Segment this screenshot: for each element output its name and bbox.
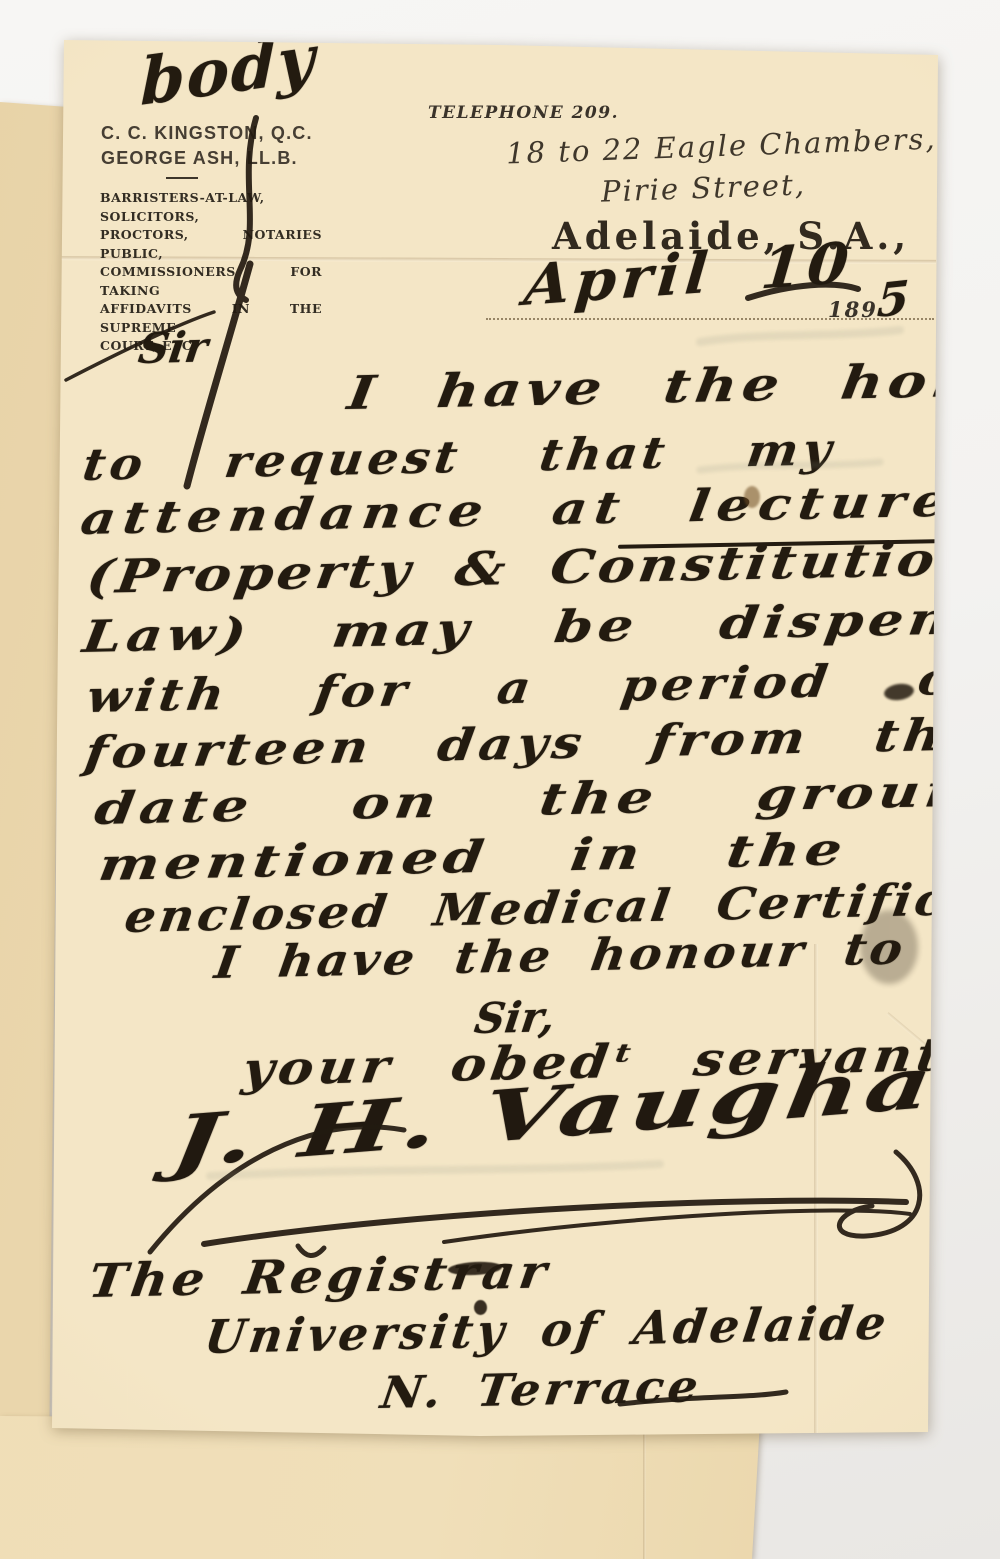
addressee-line: N. Terrace: [378, 1365, 705, 1416]
handwritten-line: I have the honour: [345, 354, 1000, 416]
ink-smudge: [860, 910, 918, 984]
handwritten-line: attendance at lectures: [78, 479, 995, 542]
letter-page: C. C. KINGSTON, Q.C. GEORGE ASH, LL.B. B…: [0, 0, 1000, 1559]
address-line-1: 18 to 22 Eagle Chambers,: [506, 121, 938, 170]
salutation: Sir: [136, 326, 210, 370]
firm-description: BARRISTERS-AT-LAW, SOLICITORS, PROCTORS,…: [100, 189, 322, 356]
handwritten-annotation: body: [140, 27, 317, 116]
firm-description-line: PROCTORS, NOTARIES PUBLIC,: [100, 226, 322, 263]
firm-description-line: BARRISTERS-AT-LAW, SOLICITORS,: [100, 189, 322, 226]
addressee-line: The Registrar: [86, 1248, 554, 1304]
signature-flourish-underline: [204, 1201, 906, 1244]
closing-line: Sir,: [472, 996, 558, 1040]
signature-flourish-underline: [444, 1210, 910, 1242]
firm-divider-rule: [166, 177, 198, 179]
firm-description-line: COMMISSIONERS FOR TAKING: [100, 263, 322, 300]
fold-crease-vertical: [814, 944, 818, 1434]
letter-page-shadow: C. C. KINGSTON, Q.C. GEORGE ASH, LL.B. B…: [0, 0, 1000, 1559]
firm-partner-1: C. C. KINGSTON, Q.C.: [101, 123, 313, 144]
firm-description-line: AFFIDAVITS IN THE SUPREME: [100, 300, 322, 337]
handwritten-line: date on the grounds: [92, 768, 1000, 832]
address-line-2: Pirie Street,: [600, 167, 806, 208]
ink-bleedthrough-mark: [700, 330, 900, 342]
handwritten-line: with for a period of: [84, 657, 986, 720]
ink-blot: [474, 1300, 487, 1315]
printed-year: 189: [828, 297, 878, 322]
handwritten-year-digit: 5: [876, 274, 910, 324]
telephone-label: TELEPHONE 209.: [428, 103, 619, 123]
handwritten-line: Law) may be dispensed: [80, 595, 1000, 660]
scanned-letter-screenshot: C. C. KINGSTON, Q.C. GEORGE ASH, LL.B. B…: [0, 0, 1000, 1559]
signature-end-curl: [839, 1152, 919, 1236]
handwritten-line: to request that my: [80, 428, 838, 488]
firm-description-line: COURT, ETC.: [100, 337, 322, 356]
ink-blot: [744, 486, 760, 508]
addressee-line: University of Adelaide: [202, 1300, 893, 1360]
handwritten-line: fourteen days from this: [82, 713, 1000, 776]
firm-partner-2: GEORGE ASH, LL.B.: [101, 148, 298, 169]
